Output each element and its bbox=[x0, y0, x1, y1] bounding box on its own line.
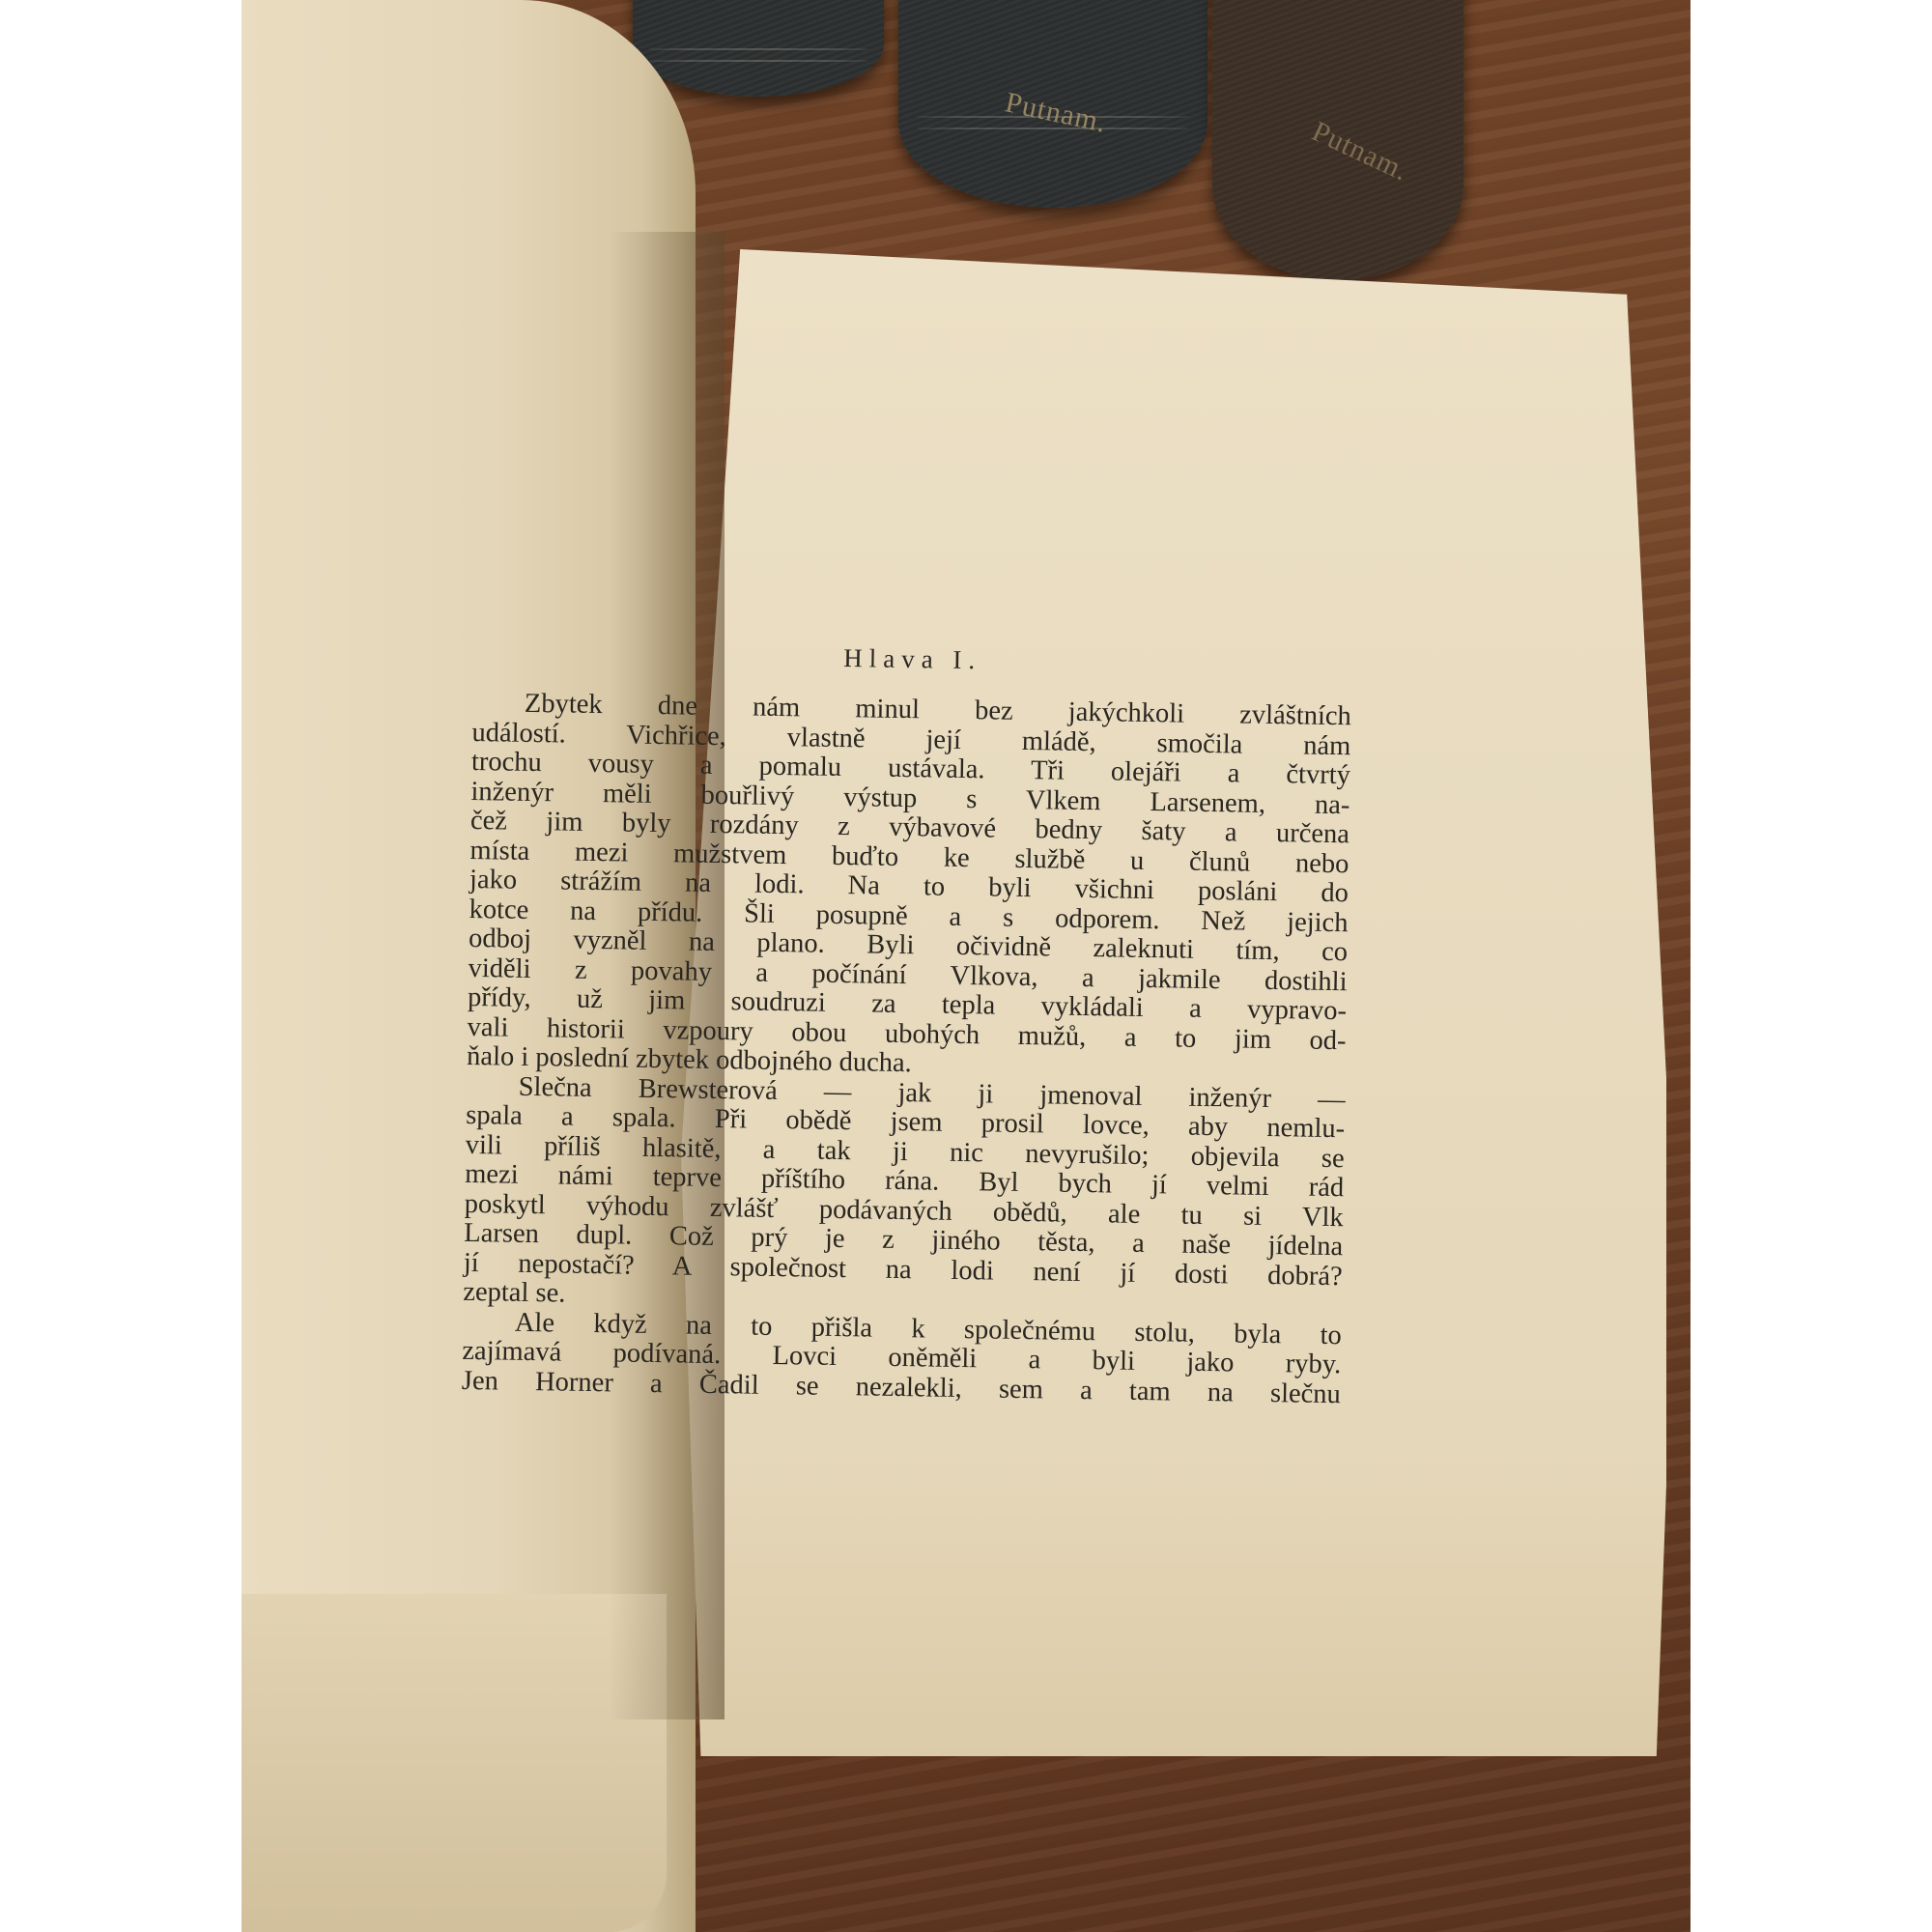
spine-label: Putnam. bbox=[1307, 115, 1414, 188]
book-spine-3: Putnam. bbox=[898, 0, 1207, 208]
paragraph: Slečna Brewsterová — jak ji jmenoval inž… bbox=[463, 1071, 1346, 1321]
book-spine-4: Putnam. bbox=[1212, 0, 1463, 280]
left-page-edge bbox=[241, 1594, 667, 1932]
paragraph: Ale když na to přišla k společnému stolu… bbox=[462, 1307, 1342, 1409]
page-text: Hlava I. Zbytek dne nám minul bez jakých… bbox=[462, 638, 1352, 1409]
spine-label: Putnam. bbox=[1003, 86, 1110, 139]
paragraph: Zbytek dne nám minul bez jakýchkoli zvlá… bbox=[467, 689, 1351, 1086]
